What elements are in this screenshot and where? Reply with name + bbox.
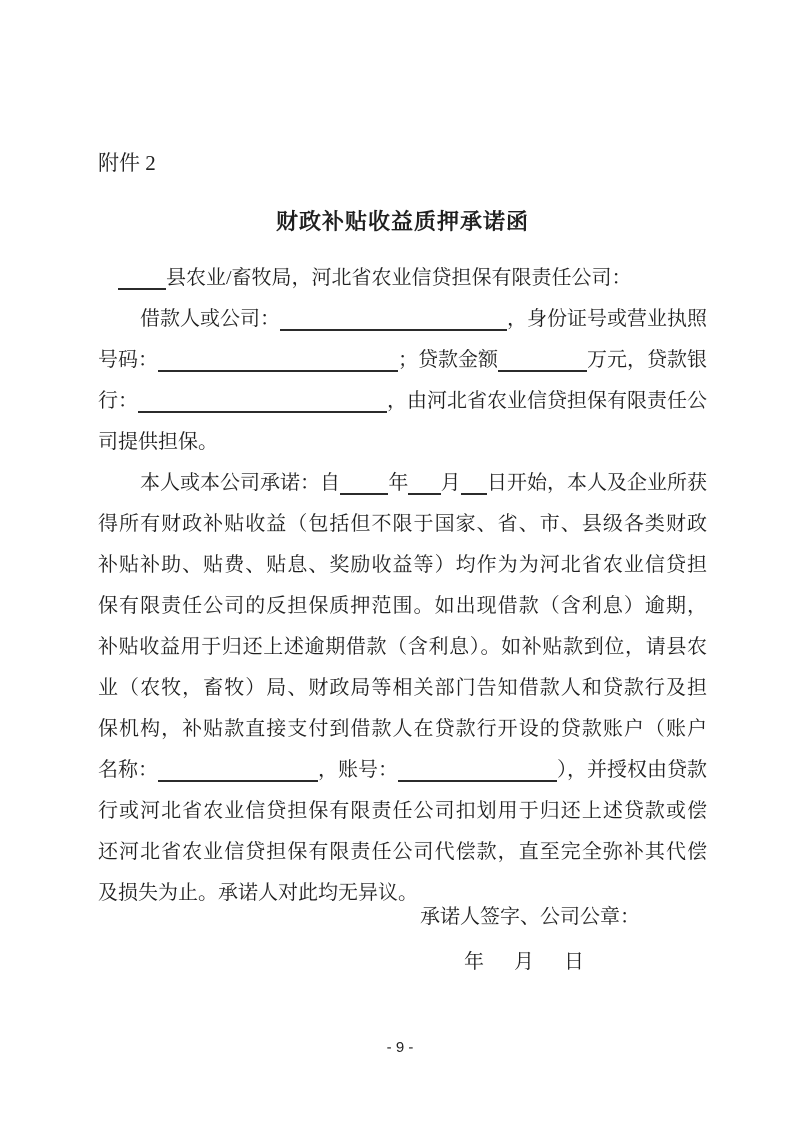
- page-number: - 9 -: [0, 1040, 800, 1056]
- attachment-label: 附件 2: [98, 152, 707, 174]
- text-run: 本人或本公司承诺：自: [140, 463, 340, 504]
- text-run: 月: [441, 463, 461, 504]
- text-line: 还河北省农业信贷担保有限责任公司代偿款，直至完全弥补其代偿: [98, 832, 707, 873]
- text-line: 补贴收益用于归还上述逾期借款（含利息）。如补贴款到位，请县农: [98, 627, 707, 668]
- text-line: 得所有财政补贴收益（包括但不限于国家、省、市、县级各类财政: [98, 504, 707, 545]
- text-line: 业（农牧，畜牧）局、财政局等相关部门告知借款人和贷款行及担: [98, 668, 707, 709]
- text-run: ，账号：: [318, 750, 398, 791]
- blank-underline: [340, 493, 388, 495]
- text-line: 补贴补助、贴费、贴息、奖励收益等）均作为为河北省农业信贷担: [98, 545, 707, 586]
- text-run: 借款人或公司：: [140, 299, 280, 340]
- paragraph-salutation: 县农业/畜牧局，河北省农业信贷担保有限责任公司：: [98, 258, 707, 299]
- text-line: 行或河北省农业信贷担保有限责任公司扣划用于归还上述贷款或偿: [98, 791, 707, 832]
- text-line: 名称：，账号：），并授权由贷款: [98, 750, 707, 791]
- text-line: 保机构，补贴款直接支付到借款人在贷款行开设的贷款账户（账户: [98, 709, 707, 750]
- text-run: 名称：: [98, 750, 158, 791]
- blank-underline: [158, 370, 398, 372]
- signature-date-line: 年 月 日: [464, 950, 589, 974]
- text-run: 年: [388, 463, 408, 504]
- blank-underline: [118, 288, 166, 290]
- document-title: 财政补贴收益质押承诺函: [98, 210, 707, 234]
- text-run: 日开始，本人及企业所获: [487, 463, 707, 504]
- text-run: 万元，贷款银: [587, 340, 707, 381]
- text-line: 保有限责任公司的反担保质押范围。如出现借款（含利息）逾期，: [98, 586, 707, 627]
- blank-underline: [398, 780, 557, 782]
- blank-underline: [461, 493, 487, 495]
- text-line: 借款人或公司：，身份证号或营业执照: [98, 299, 707, 340]
- text-run: ，由河北省农业信贷担保有限责任公: [387, 381, 707, 422]
- text-run: ），并授权由贷款: [557, 750, 707, 791]
- paragraph-borrower-info: 借款人或公司：，身份证号或营业执照号码：；贷款金额万元，贷款银行：，由河北省农业…: [98, 299, 707, 463]
- signature-line: 承诺人签字、公司公章：: [420, 905, 640, 929]
- text-line: 号码：；贷款金额万元，贷款银: [98, 340, 707, 381]
- text-run: 行：: [98, 381, 138, 422]
- blank-underline: [408, 493, 440, 495]
- text-run: ，身份证号或营业执照: [507, 299, 707, 340]
- text-line: 本人或本公司承诺：自年月日开始，本人及企业所获: [98, 463, 707, 504]
- text-line: 行：，由河北省农业信贷担保有限责任公: [98, 381, 707, 422]
- text-run: ；贷款金额: [398, 340, 498, 381]
- text-run: 号码：: [98, 340, 158, 381]
- blank-underline: [498, 370, 587, 372]
- document-content: 附件 2 财政补贴收益质押承诺函 县农业/畜牧局，河北省农业信贷担保有限责任公司…: [98, 152, 707, 914]
- text-line: 司提供担保。: [98, 422, 707, 463]
- paragraph-commitment: 本人或本公司承诺：自年月日开始，本人及企业所获得所有财政补贴收益（包括但不限于国…: [98, 463, 707, 914]
- blank-underline: [158, 780, 318, 782]
- document-page: 附件 2 财政补贴收益质押承诺函 县农业/畜牧局，河北省农业信贷担保有限责任公司…: [0, 0, 800, 1131]
- blank-underline: [138, 411, 387, 413]
- document-body: 县农业/畜牧局，河北省农业信贷担保有限责任公司：借款人或公司：，身份证号或营业执…: [98, 258, 707, 914]
- text-run: 县农业/畜牧局，河北省农业信贷担保有限责任公司：: [166, 258, 632, 299]
- text-line: 县农业/畜牧局，河北省农业信贷担保有限责任公司：: [98, 258, 707, 299]
- blank-underline: [280, 329, 507, 331]
